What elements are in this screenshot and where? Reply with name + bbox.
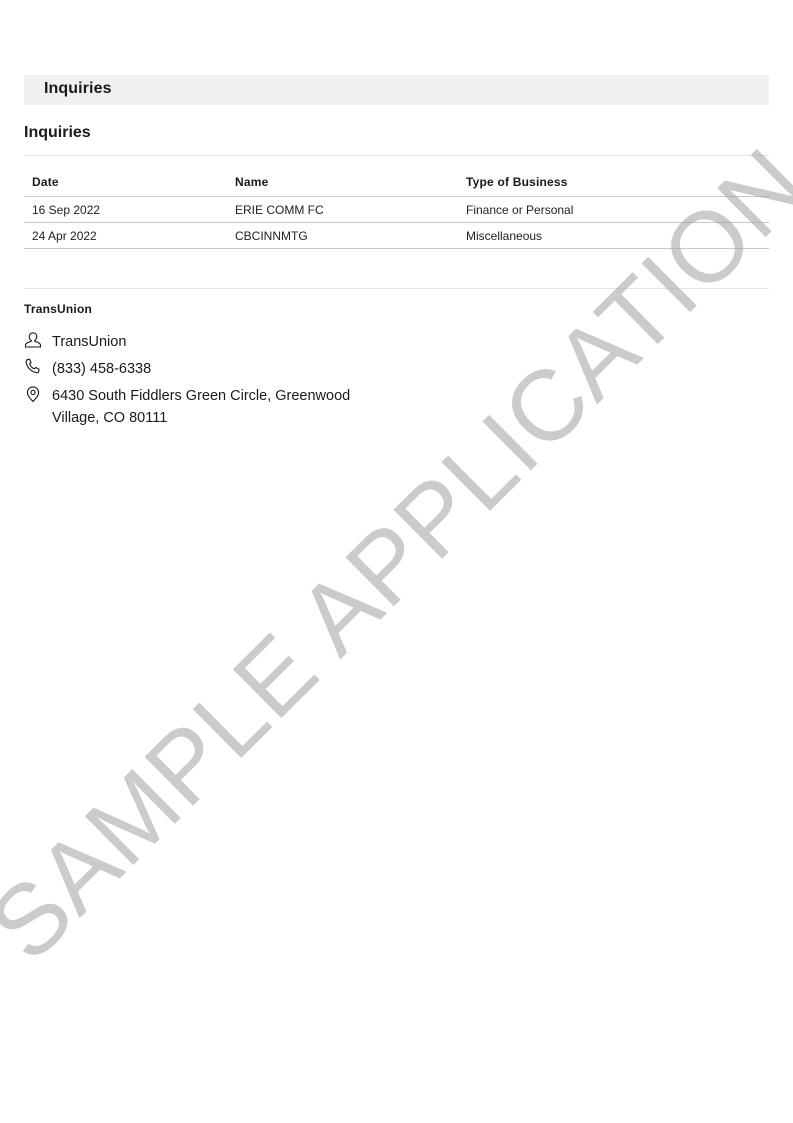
title-divider	[24, 155, 769, 156]
contact-name: TransUnion	[52, 331, 126, 353]
contact-address: 6430 South Fiddlers Green Circle, Greenw…	[52, 385, 372, 429]
table-row: 24 Apr 2022 CBCINNMTG Miscellaneous	[24, 223, 769, 249]
contact-heading: TransUnion	[24, 302, 92, 316]
phone-icon	[24, 358, 42, 376]
section-divider	[24, 288, 769, 289]
section-band-title: Inquiries	[44, 80, 112, 98]
table-header-row: Date Name Type of Business	[24, 170, 769, 197]
inquiry-type: Finance or Personal	[458, 197, 769, 223]
contact-phone: (833) 458-6338	[52, 358, 151, 380]
contact-address-row: 6430 South Fiddlers Green Circle, Greenw…	[24, 385, 372, 429]
inquiry-date: 24 Apr 2022	[24, 223, 227, 249]
contact-name-row: TransUnion	[24, 331, 126, 353]
section-header-band: Inquiries	[24, 75, 769, 105]
column-header-type-of-business: Type of Business	[458, 170, 769, 197]
sample-application-watermark: SAMPLE APPLICATION	[0, 127, 793, 984]
location-pin-icon	[24, 385, 42, 403]
contact-phone-row: (833) 458-6338	[24, 358, 151, 380]
inquiry-name: CBCINNMTG	[227, 223, 458, 249]
person-icon	[24, 331, 42, 349]
inquiry-type: Miscellaneous	[458, 223, 769, 249]
column-header-name: Name	[227, 170, 458, 197]
inquiries-title: Inquiries	[24, 124, 91, 142]
inquiries-table: Date Name Type of Business 16 Sep 2022 E…	[24, 170, 769, 249]
inquiry-date: 16 Sep 2022	[24, 197, 227, 223]
column-header-date: Date	[24, 170, 227, 197]
inquiry-name: ERIE COMM FC	[227, 197, 458, 223]
table-row: 16 Sep 2022 ERIE COMM FC Finance or Pers…	[24, 197, 769, 223]
